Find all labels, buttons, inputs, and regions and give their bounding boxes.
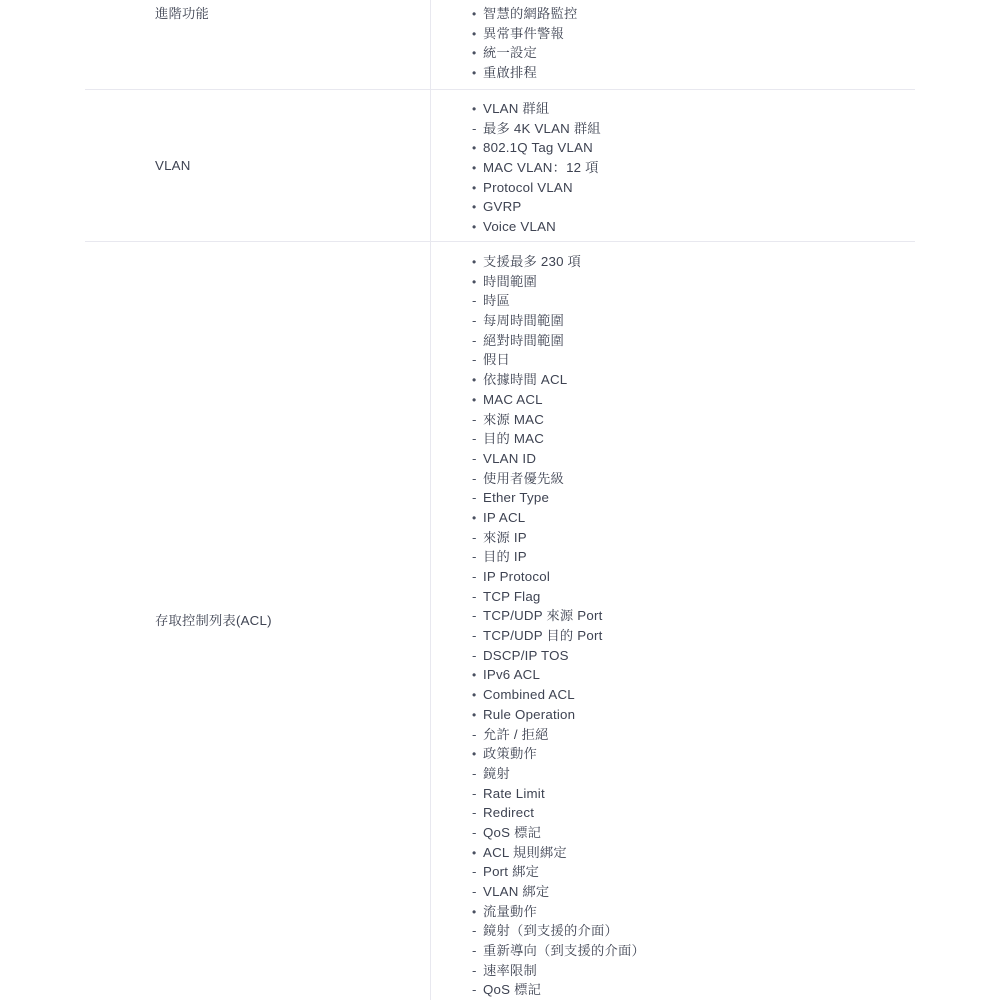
bullet-dot-icon: •	[472, 253, 483, 273]
spec-item-text: 流量動作	[483, 902, 537, 922]
bullet-dot-icon: •	[472, 273, 483, 293]
spec-item-text: IP Protocol	[483, 567, 550, 587]
spec-item-text: 時區	[483, 291, 510, 311]
spec-item-text: 鏡射（到支援的介面）	[483, 921, 618, 941]
row-items-list: •VLAN 群組-最多 4K VLAN 群組•802.1Q Tag VLAN•M…	[430, 90, 915, 241]
spec-item-text: 智慧的網路監控	[483, 4, 577, 24]
spec-item-text: GVRP	[483, 197, 521, 217]
spec-item-text: 最多 4K VLAN 群組	[483, 119, 601, 139]
spec-item: •VLAN 群組	[472, 99, 915, 119]
bullet-dot-icon: •	[472, 745, 483, 765]
bullet-dash-icon: -	[472, 921, 483, 941]
spec-item-text: 鏡射	[483, 764, 510, 784]
bullet-dash-icon: -	[472, 350, 483, 370]
bullet-dash-icon: -	[472, 606, 483, 626]
spec-item: -DSCP/IP TOS	[472, 646, 915, 666]
spec-item: •GVRP	[472, 197, 915, 217]
spec-item-text: ACL 規則綁定	[483, 843, 567, 863]
spec-item: •統一設定	[472, 43, 915, 63]
spec-item: •MAC VLAN：12 項	[472, 158, 915, 178]
spec-item: -TCP/UDP 來源 Port	[472, 606, 915, 626]
spec-item-text: 允許 / 拒絕	[483, 725, 549, 745]
spec-item-text: TCP Flag	[483, 587, 541, 607]
spec-item-text: 支援最多 230 項	[483, 252, 581, 272]
spec-item-text: MAC VLAN：12 項	[483, 158, 599, 178]
spec-item: -假日	[472, 350, 915, 370]
bullet-dash-icon: -	[472, 331, 483, 351]
bullet-dash-icon: -	[472, 469, 483, 489]
spec-item-text: 802.1Q Tag VLAN	[483, 138, 593, 158]
bullet-dash-icon: -	[472, 980, 483, 1000]
spec-item-text: 統一設定	[483, 43, 537, 63]
row-label: 進階功能	[155, 4, 209, 24]
spec-item-text: 政策動作	[483, 744, 537, 764]
spec-item-text: TCP/UDP 來源 Port	[483, 606, 603, 626]
spec-item: -速率限制	[472, 961, 915, 981]
spec-item-text: Protocol VLAN	[483, 178, 573, 198]
bullet-dot-icon: •	[472, 844, 483, 864]
spec-item: •Voice VLAN	[472, 217, 915, 237]
spec-item-text: TCP/UDP 目的 Port	[483, 626, 603, 646]
spec-item: -目的 IP	[472, 547, 915, 567]
bullet-dash-icon: -	[472, 587, 483, 607]
spec-item-text: QoS 標記	[483, 980, 541, 1000]
bullet-dot-icon: •	[472, 100, 483, 120]
spec-item-text: IP ACL	[483, 508, 525, 528]
spec-item-text: 來源 MAC	[483, 410, 544, 430]
spec-item-text: 使用者優先級	[483, 469, 564, 489]
row-label-cell: 存取控制列表(ACL)	[85, 242, 430, 1000]
row-items-list: •智慧的網路監控•異常事件警報•統一設定•重啟排程	[430, 0, 915, 89]
bullet-dash-icon: -	[472, 725, 483, 745]
bullet-dot-icon: •	[472, 159, 483, 179]
row-label: 存取控制列表(ACL)	[155, 611, 272, 631]
spec-item-text: VLAN ID	[483, 449, 536, 469]
spec-item-text: 絕對時間範圍	[483, 331, 564, 351]
spec-row: 進階功能•智慧的網路監控•異常事件警報•統一設定•重啟排程	[85, 0, 915, 89]
spec-item-text: Voice VLAN	[483, 217, 556, 237]
spec-item: -來源 IP	[472, 528, 915, 548]
spec-item: •智慧的網路監控	[472, 4, 915, 24]
spec-item: -Port 綁定	[472, 862, 915, 882]
spec-item-text: 來源 IP	[483, 528, 527, 548]
bullet-dot-icon: •	[472, 706, 483, 726]
bullet-dash-icon: -	[472, 449, 483, 469]
bullet-dot-icon: •	[472, 218, 483, 238]
bullet-dot-icon: •	[472, 509, 483, 529]
bullet-dash-icon: -	[472, 547, 483, 567]
spec-item: -鏡射（到支援的介面）	[472, 921, 915, 941]
bullet-dash-icon: -	[472, 119, 483, 139]
spec-item: -使用者優先級	[472, 469, 915, 489]
bullet-dot-icon: •	[472, 139, 483, 159]
bullet-dot-icon: •	[472, 64, 483, 84]
spec-item-text: 假日	[483, 350, 510, 370]
spec-item: •IPv6 ACL	[472, 665, 915, 685]
spec-item-text: IPv6 ACL	[483, 665, 540, 685]
bullet-dash-icon: -	[472, 646, 483, 666]
bullet-dash-icon: -	[472, 961, 483, 981]
spec-item-text: Combined ACL	[483, 685, 575, 705]
bullet-dash-icon: -	[472, 764, 483, 784]
spec-item-text: Rule Operation	[483, 705, 575, 725]
spec-item: -允許 / 拒絕	[472, 725, 915, 745]
bullet-dash-icon: -	[472, 429, 483, 449]
spec-item: -QoS 標記	[472, 823, 915, 843]
spec-item: -Ether Type	[472, 488, 915, 508]
spec-item: -Redirect	[472, 803, 915, 823]
bullet-dash-icon: -	[472, 410, 483, 430]
spec-item-text: Redirect	[483, 803, 534, 823]
spec-item: •Rule Operation	[472, 705, 915, 725]
spec-item-text: 目的 MAC	[483, 429, 544, 449]
bullet-dot-icon: •	[472, 198, 483, 218]
spec-item-text: 速率限制	[483, 961, 537, 981]
spec-item-text: Ether Type	[483, 488, 549, 508]
row-label-cell: VLAN	[85, 90, 430, 241]
spec-item: -TCP Flag	[472, 587, 915, 607]
bullet-dot-icon: •	[472, 391, 483, 411]
spec-item-text: 時間範圍	[483, 272, 537, 292]
row-items-list: •支援最多 230 項•時間範圍-時區-每周時間範圍-絕對時間範圍-假日•依據時…	[430, 242, 915, 1000]
spec-item-text: MAC ACL	[483, 390, 543, 410]
bullet-dash-icon: -	[472, 862, 483, 882]
bullet-dash-icon: -	[472, 823, 483, 843]
spec-item-text: 每周時間範圍	[483, 311, 564, 331]
bullet-dot-icon: •	[472, 903, 483, 923]
bullet-dot-icon: •	[472, 44, 483, 64]
spec-item: -Rate Limit	[472, 784, 915, 804]
spec-item: •IP ACL	[472, 508, 915, 528]
spec-item: •支援最多 230 項	[472, 252, 915, 272]
spec-item: -TCP/UDP 目的 Port	[472, 626, 915, 646]
spec-item-text: 異常事件警報	[483, 24, 564, 44]
bullet-dash-icon: -	[472, 488, 483, 508]
spec-item-text: 重新導向（到支援的介面）	[483, 941, 645, 961]
spec-item-text: Rate Limit	[483, 784, 545, 804]
row-label-cell: 進階功能	[85, 0, 430, 89]
bullet-dash-icon: -	[472, 528, 483, 548]
spec-item: •流量動作	[472, 902, 915, 922]
row-label: VLAN	[155, 156, 191, 176]
spec-item: •802.1Q Tag VLAN	[472, 138, 915, 158]
spec-item: -時區	[472, 291, 915, 311]
spec-item: •重啟排程	[472, 63, 915, 83]
bullet-dot-icon: •	[472, 25, 483, 45]
spec-item: -鏡射	[472, 764, 915, 784]
bullet-dash-icon: -	[472, 882, 483, 902]
spec-item: -絕對時間範圍	[472, 331, 915, 351]
spec-item: -QoS 標記	[472, 980, 915, 1000]
bullet-dot-icon: •	[472, 371, 483, 391]
spec-item-text: VLAN 群組	[483, 99, 549, 119]
bullet-dash-icon: -	[472, 567, 483, 587]
spec-item: •MAC ACL	[472, 390, 915, 410]
spec-item-text: Port 綁定	[483, 862, 539, 882]
spec-item: •Combined ACL	[472, 685, 915, 705]
spec-item-text: 重啟排程	[483, 63, 537, 83]
spec-row: 存取控制列表(ACL)•支援最多 230 項•時間範圍-時區-每周時間範圍-絕對…	[85, 241, 915, 1000]
spec-item-text: 目的 IP	[483, 547, 527, 567]
spec-item-text: DSCP/IP TOS	[483, 646, 569, 666]
bullet-dot-icon: •	[472, 686, 483, 706]
bullet-dash-icon: -	[472, 626, 483, 646]
spec-table: 進階功能•智慧的網路監控•異常事件警報•統一設定•重啟排程VLAN•VLAN 群…	[85, 0, 915, 1000]
bullet-dash-icon: -	[472, 311, 483, 331]
spec-item: -IP Protocol	[472, 567, 915, 587]
spec-item: -目的 MAC	[472, 429, 915, 449]
spec-item: -VLAN ID	[472, 449, 915, 469]
bullet-dot-icon: •	[472, 666, 483, 686]
spec-item: •異常事件警報	[472, 24, 915, 44]
spec-item: •時間範圍	[472, 272, 915, 292]
spec-item-text: QoS 標記	[483, 823, 541, 843]
spec-item-text: VLAN 綁定	[483, 882, 549, 902]
bullet-dash-icon: -	[472, 291, 483, 311]
spec-item: •依據時間 ACL	[472, 370, 915, 390]
spec-item: -VLAN 綁定	[472, 882, 915, 902]
spec-item: -來源 MAC	[472, 410, 915, 430]
spec-item-text: 依據時間 ACL	[483, 370, 567, 390]
bullet-dot-icon: •	[472, 179, 483, 199]
spec-item: -每周時間範圍	[472, 311, 915, 331]
bullet-dash-icon: -	[472, 803, 483, 823]
bullet-dash-icon: -	[472, 784, 483, 804]
spec-row: VLAN•VLAN 群組-最多 4K VLAN 群組•802.1Q Tag VL…	[85, 89, 915, 241]
spec-item: -最多 4K VLAN 群組	[472, 119, 915, 139]
spec-item: -重新導向（到支援的介面）	[472, 941, 915, 961]
bullet-dash-icon: -	[472, 941, 483, 961]
spec-item: •ACL 規則綁定	[472, 843, 915, 863]
spec-item: •Protocol VLAN	[472, 178, 915, 198]
bullet-dot-icon: •	[472, 5, 483, 25]
spec-item: •政策動作	[472, 744, 915, 764]
